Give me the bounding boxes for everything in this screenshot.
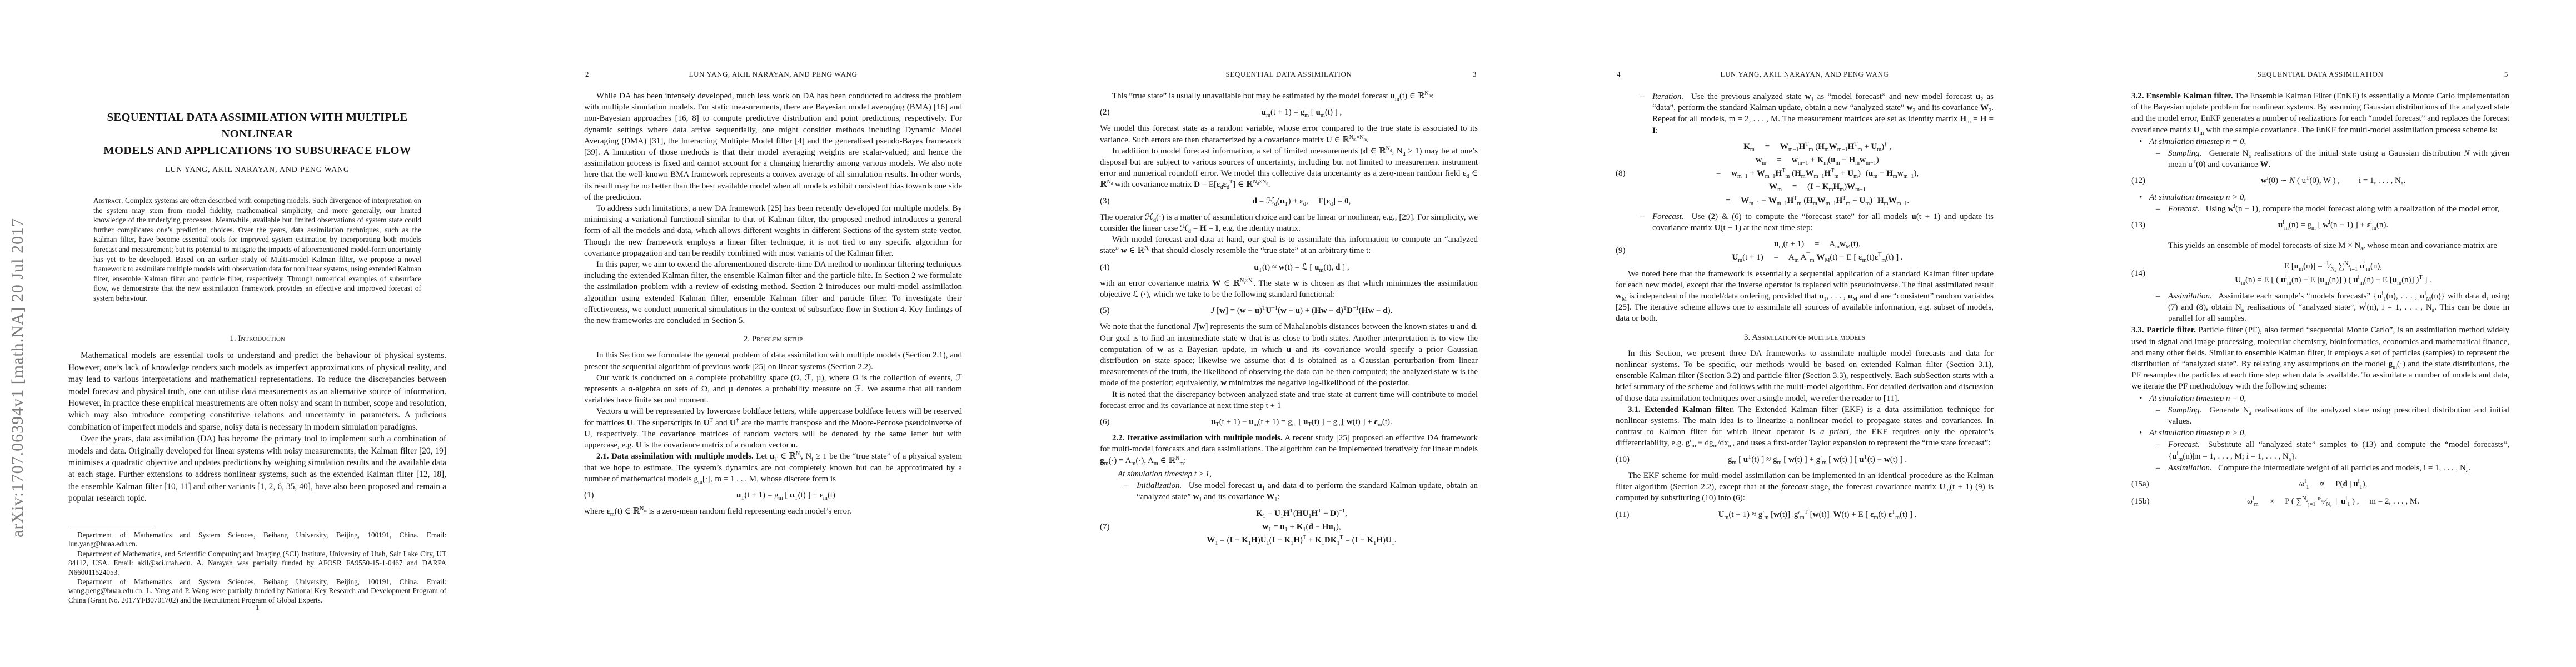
list-item-timestep-gt0: • At simulation timestep n > 0, [2131, 192, 2509, 203]
page-3-body: This ”true state” is usually unavailable… [1100, 91, 1478, 551]
dash-marker: – [2156, 203, 2160, 215]
display-equation-15a: (15a) ωi1 ∝ P(d | ui1), [2131, 477, 2509, 491]
list-item-text: At simulation timestep n > 0, [2149, 429, 2246, 437]
equation-body: gm [ uT(t) ] ≈ gm [ w(t) ] + g′m [ w(t) … [1641, 453, 1994, 466]
equation-body: J [w] = (w − u)TU−1(w − u) + (Hw − d)TD−… [1125, 304, 1478, 317]
list-item-sampling-pf: – Sampling. Generate Na realisations of … [2131, 405, 2509, 427]
display-equation-13: (13) uim(n) = gm [ wi(n − 1) ] + εim(n). [2131, 218, 2509, 232]
display-equation-10: (10) gm [ uT(t) ] ≈ gm [ w(t) ] + g′m [ … [1616, 453, 1994, 466]
paper-title-line1: SEQUENTIAL DATA ASSIMILATION WITH MULTIP… [74, 109, 441, 142]
display-equation-5: (5) J [w] = (w − u)TU−1(w − u) + (Hw − d… [1100, 304, 1478, 317]
section-heading-introduction: 1. Introduction [68, 333, 446, 345]
equation-number: (10) [1616, 454, 1641, 465]
list-item-initialization: – Initialization. Use model forecast u1 … [1100, 480, 1478, 502]
paragraph: In this paper, we aim to extend the afor… [584, 259, 962, 326]
running-head: 4 LUN YANG, AKIL NARAYAN, AND PENG WANG [1616, 70, 1994, 79]
equation-number: (9) [1616, 245, 1641, 256]
page-4: 4 LUN YANG, AKIL NARAYAN, AND PENG WANG … [1616, 0, 1994, 667]
equation-number: (15a) [2131, 479, 2157, 490]
equation-number: (1) [584, 490, 610, 501]
document-canvas: { "arxiv": { "stamp": "arXiv:1707.06394v… [0, 0, 2576, 667]
dash-marker: – [2156, 405, 2160, 416]
section-heading-problem-setup: 2. Problem setup [584, 333, 962, 345]
dash-marker: – [1640, 91, 1645, 102]
footnote-author2: Department of Mathematics, and Scientifi… [68, 550, 446, 577]
equation-number: (6) [1100, 416, 1125, 427]
paragraph: In this Section we formulate the general… [584, 350, 962, 372]
paragraph: The operator ℋd(·) is a matter of assimi… [1100, 212, 1478, 234]
list-item-assimilation-pf: – Assimilation. Compute the intermediate… [2131, 462, 2509, 474]
equation-body: wi(0) ∼ N ( uT(0), W ) , i = 1, . . . , … [2157, 174, 2509, 187]
running-head-text: SEQUENTIAL DATA ASSIMILATION [1100, 70, 1478, 79]
paragraph: We noted here that the framework is esse… [1616, 268, 1994, 325]
equation-number: (2) [1100, 107, 1125, 118]
abstract: Abstract. Complex systems are often desc… [93, 196, 421, 303]
paragraph: Our work is conducted on a complete prob… [584, 372, 962, 406]
list-item-forecast: – Forecast. Use (2) & (6) to compute the… [1616, 211, 1994, 233]
running-head-text: SEQUENTIAL DATA ASSIMILATION [2131, 70, 2509, 79]
equation-body: Km = Wm−1HTm (HmWm−1HTm + Um)† , [1641, 140, 1994, 153]
paragraph: We model this forecast state as a random… [1100, 123, 1478, 145]
list-item-text: Assimilation. Assimilate each sample’s “… [2168, 292, 2509, 323]
equation-body: uT(t) ≈ w(t) = ℒ [ um(t), d ] , [1125, 261, 1478, 274]
display-equation-8: (8) Km = Wm−1HTm (HmWm−1HTm + Um)† , wm … [1616, 140, 1994, 207]
equation-body: E [um(n)] = 1⁄Na ∑Nai=1 uim(n), [2157, 260, 2509, 273]
continuation-paragraph: This yields an ensemble of model forecas… [2131, 240, 2509, 251]
list-item-text: Forecast. Use (2) & (6) to compute the “… [1652, 212, 1994, 232]
dash-marker: – [1124, 480, 1129, 491]
list-item-timestep-gt0-pf: • At simulation timestep n > 0, [2131, 427, 2509, 439]
page-5: SEQUENTIAL DATA ASSIMILATION 5 3.2. Ense… [2131, 0, 2509, 667]
page-3: SEQUENTIAL DATA ASSIMILATION 3 This ”tru… [1100, 0, 1478, 667]
subsection-paragraph: 2.1. Data assimilation with multiple mod… [584, 451, 962, 485]
display-equation-6: (6) uT(t + 1) − um(t + 1) = gm [ uT(t) ]… [1100, 415, 1478, 429]
equation-body: um(t + 1) = gm [ um(t) ] , [1125, 106, 1478, 119]
equation-body: d = ℋd(uT) + εd, E[εd] = 0, [1125, 195, 1478, 208]
equation-body: Um(t + 1) ≈ g′m [w(t)] g′mT [w(t)] W(t) … [1641, 508, 1994, 521]
page-1-body: 1. Introduction Mathematical models are … [68, 326, 446, 505]
equation-body: w1 = u1 + K1(d − Hu1), [1125, 520, 1478, 534]
list-item-timestep0-pf: • At simulation timestep n = 0, [2131, 393, 2509, 404]
running-head-text: LUN YANG, AKIL NARAYAN, AND PENG WANG [1616, 70, 1994, 79]
arxiv-stamp: arXiv:1707.06394v1 [math.NA] 20 Jul 2017 [3, 183, 32, 573]
footnote-author1: Department of Mathematics and System Sci… [68, 531, 446, 549]
section-heading-assimilation: 3. Assimilation of multiple models [1616, 332, 1994, 343]
equation-body: ωim ∝ P ( ∑Naj=1 ujm⁄Na | ui1 ) , m = 2,… [2157, 495, 2509, 508]
paragraph: To address such limitations, a new DA fr… [584, 203, 962, 259]
equation-number: (3) [1100, 196, 1125, 207]
equation-body: W1 = (I − K1H)U1(I − K1H)T + K1DK1T = (I… [1125, 534, 1478, 547]
dash-marker: – [2156, 439, 2160, 450]
bullet-marker: • [2139, 393, 2142, 404]
paragraph: Mathematical models are essential tools … [68, 350, 446, 433]
display-equation-12: (12) wi(0) ∼ N ( uT(0), W ) , i = 1, . .… [2131, 174, 2509, 187]
paragraph: Vectors u will be represented by lowerca… [584, 406, 962, 451]
display-equation-7: (7) K1 = U1HT(HU1HT + D)−1, w1 = u1 + K1… [1100, 507, 1478, 547]
paragraph: with an error covariance matrix W ∈ ℝNt×… [1100, 278, 1478, 300]
paper-authors: LUN YANG, AKIL NARAYAN, AND PENG WANG [68, 166, 446, 175]
list-item-text: Forecast. Substitute all “analyzed state… [2168, 440, 2509, 460]
running-head: SEQUENTIAL DATA ASSIMILATION 3 [1100, 70, 1478, 79]
list-item-text: At simulation timestep n = 0, [2149, 394, 2246, 403]
page-number: 4 [1617, 70, 1621, 79]
paragraph: While DA has been intensely developed, m… [584, 91, 962, 203]
equation-body: Wm = (I − KmHm)Wm−1 [1641, 180, 1994, 193]
list-item-text: Assimilation. Compute the intermediate w… [2168, 464, 2470, 472]
paragraph: With model forecast and data at hand, ou… [1100, 234, 1478, 256]
page-number: 2 [585, 70, 589, 79]
equation-body: uT(t + 1) − um(t + 1) = gm [ uT(t) ] − g… [1125, 415, 1478, 429]
display-equation-4: (4) uT(t) ≈ w(t) = ℒ [ um(t), d ] , [1100, 261, 1478, 274]
equation-number: (13) [2131, 220, 2157, 231]
display-equation-1: (1) uT(t + 1) = gm [ uT(t) ] + εm(t) [584, 489, 962, 502]
running-head: 2 LUN YANG, AKIL NARAYAN, AND PENG WANG [584, 70, 962, 79]
subsection-paragraph: 2.2. Iterative assimilation with multipl… [1100, 432, 1478, 466]
page-4-body: – Iteration. Use the previous analyzed s… [1616, 91, 1994, 525]
paragraph: Over the years, data assimilation (DA) h… [68, 433, 446, 504]
page-5-body: 3.2. Ensemble Kalman filter. The Ensembl… [2131, 91, 2509, 512]
running-head-text: LUN YANG, AKIL NARAYAN, AND PENG WANG [584, 70, 962, 79]
display-equation-9: (9) um(t + 1) = AmwM(t), Um(t + 1) = Am … [1616, 237, 1994, 264]
equation-number: (12) [2131, 175, 2157, 186]
equation-body: = Wm−1 − Wm−1HTm (HmWm−1HTm + Um)† HmWm−… [1641, 194, 1994, 207]
page-number: 3 [1473, 70, 1477, 79]
page-number: 5 [2504, 70, 2508, 79]
list-item-text: Sampling. Generate Na realisations of th… [2168, 406, 2509, 426]
page-1: SEQUENTIAL DATA ASSIMILATION WITH MULTIP… [68, 0, 446, 667]
equation-body: K1 = U1HT(HU1HT + D)−1, [1125, 507, 1478, 520]
list-item-sampling: – Sampling. Generate Na realisations of … [2131, 148, 2509, 170]
running-head: SEQUENTIAL DATA ASSIMILATION 5 [2131, 70, 2509, 79]
dash-marker: – [2156, 148, 2160, 159]
list-item-text: Forecast. Using wi(n − 1), compute the m… [2168, 205, 2499, 213]
equation-number: (5) [1100, 305, 1125, 316]
list-item-text: Initialization. Use model forecast u1 an… [1137, 481, 1478, 501]
paper-title: SEQUENTIAL DATA ASSIMILATION WITH MULTIP… [74, 109, 441, 159]
equation-number: (11) [1616, 509, 1641, 520]
display-equation-15b: (15b) ωim ∝ P ( ∑Naj=1 ujm⁄Na | ui1 ) , … [2131, 495, 2509, 508]
algorithm-header: At simulation timestep t ≥ 1, [1100, 469, 1478, 480]
equation-body: um(t + 1) = AmwM(t), [1641, 237, 1994, 251]
equation-body: uim(n) = gm [ wi(n − 1) ] + εim(n). [2157, 218, 2509, 232]
list-item-timestep0: • At simulation timestep n = 0, [2131, 136, 2509, 147]
equation-body: wm = wm−1 + Km(um − Hmwm−1) [1641, 153, 1994, 167]
dash-marker: – [1640, 211, 1645, 222]
list-item-text: Iteration. Use the previous analyzed sta… [1652, 92, 1994, 135]
list-item-forecast: – Forecast. Using wi(n − 1), compute the… [2131, 203, 2509, 215]
page-2-body: While DA has been intensely developed, m… [584, 91, 962, 517]
bullet-marker: • [2139, 136, 2142, 147]
paragraph: The EKF scheme for multi-model assimilat… [1616, 470, 1994, 504]
page-2: 2 LUN YANG, AKIL NARAYAN, AND PENG WANG … [584, 0, 962, 667]
subsection-paragraph: 3.2. Ensemble Kalman filter. The Ensembl… [2131, 91, 2509, 136]
bullet-marker: • [2139, 427, 2142, 439]
list-item-forecast-pf: – Forecast. Substitute all “analyzed sta… [2131, 439, 2509, 461]
list-item-assimilation: – Assimilation. Assimilate each sample’s… [2131, 291, 2509, 325]
list-item-iteration: – Iteration. Use the previous analyzed s… [1616, 91, 1994, 136]
dash-marker: – [2156, 462, 2160, 474]
paragraph: It is noted that the discrepancy between… [1100, 389, 1478, 411]
paragraph: In this Section, we present three DA fra… [1616, 348, 1994, 404]
bullet-marker: • [2139, 192, 2142, 203]
subsection-paragraph: 3.3. Particle filter. Particle filter (P… [2131, 325, 2509, 392]
dash-marker: – [2156, 291, 2160, 302]
footnote-block: Department of Mathematics and System Sci… [68, 527, 446, 605]
list-item-text: At simulation timestep n = 0, [2149, 137, 2246, 146]
equation-number: (14) [2131, 268, 2157, 279]
equation-number: (4) [1100, 262, 1125, 273]
paragraph: This ”true state” is usually unavailable… [1100, 91, 1478, 102]
display-equation-2: (2) um(t + 1) = gm [ um(t) ] , [1100, 106, 1478, 119]
subsection-paragraph: 3.1. Extended Kalman filter. The Extende… [1616, 404, 1994, 449]
equation-body: uT(t + 1) = gm [ uT(t) ] + εm(t) [610, 489, 962, 502]
paper-title-line2: MODELS AND APPLICATIONS TO SUBSURFACE FL… [74, 142, 441, 159]
equation-body: = wm−1 + Wm−1HTm (HmWm−1HTm + Um)† (um −… [1641, 167, 1994, 180]
footnote-author3: Department of Mathematics and System Sci… [68, 578, 446, 605]
equation-number: (8) [1616, 168, 1641, 179]
equation-body: ωi1 ∝ P(d | ui1), [2157, 477, 2509, 491]
equation-number: (15b) [2131, 496, 2157, 507]
display-equation-11: (11) Um(t + 1) ≈ g′m [w(t)] g′mT [w(t)] … [1616, 508, 1994, 521]
display-equation-14: (14) E [um(n)] = 1⁄Na ∑Nai=1 uim(n), Um(… [2131, 260, 2509, 286]
list-item-text: Sampling. Generate Na realisations of th… [2168, 149, 2509, 169]
list-item-text: At simulation timestep n > 0, [2149, 193, 2246, 202]
paragraph: where εm(t) ∈ ℝNm is a zero-mean random … [584, 506, 962, 517]
equation-number: (7) [1100, 521, 1125, 532]
equation-body: Um(t + 1) = Am ATm WM(t) + E [ εm(t)εTm(… [1641, 251, 1994, 264]
equation-body: Um(n) = E [ ( uim(n) − E [um(n)] ) ( uim… [2157, 273, 2509, 287]
page-number: 1 [68, 604, 446, 613]
display-equation-3: (3) d = ℋd(uT) + εd, E[εd] = 0, [1100, 195, 1478, 208]
paragraph: In addition to model forecast informatio… [1100, 146, 1478, 191]
footnote-rule [68, 527, 152, 527]
paragraph: We note that the functional J[w] represe… [1100, 321, 1478, 389]
